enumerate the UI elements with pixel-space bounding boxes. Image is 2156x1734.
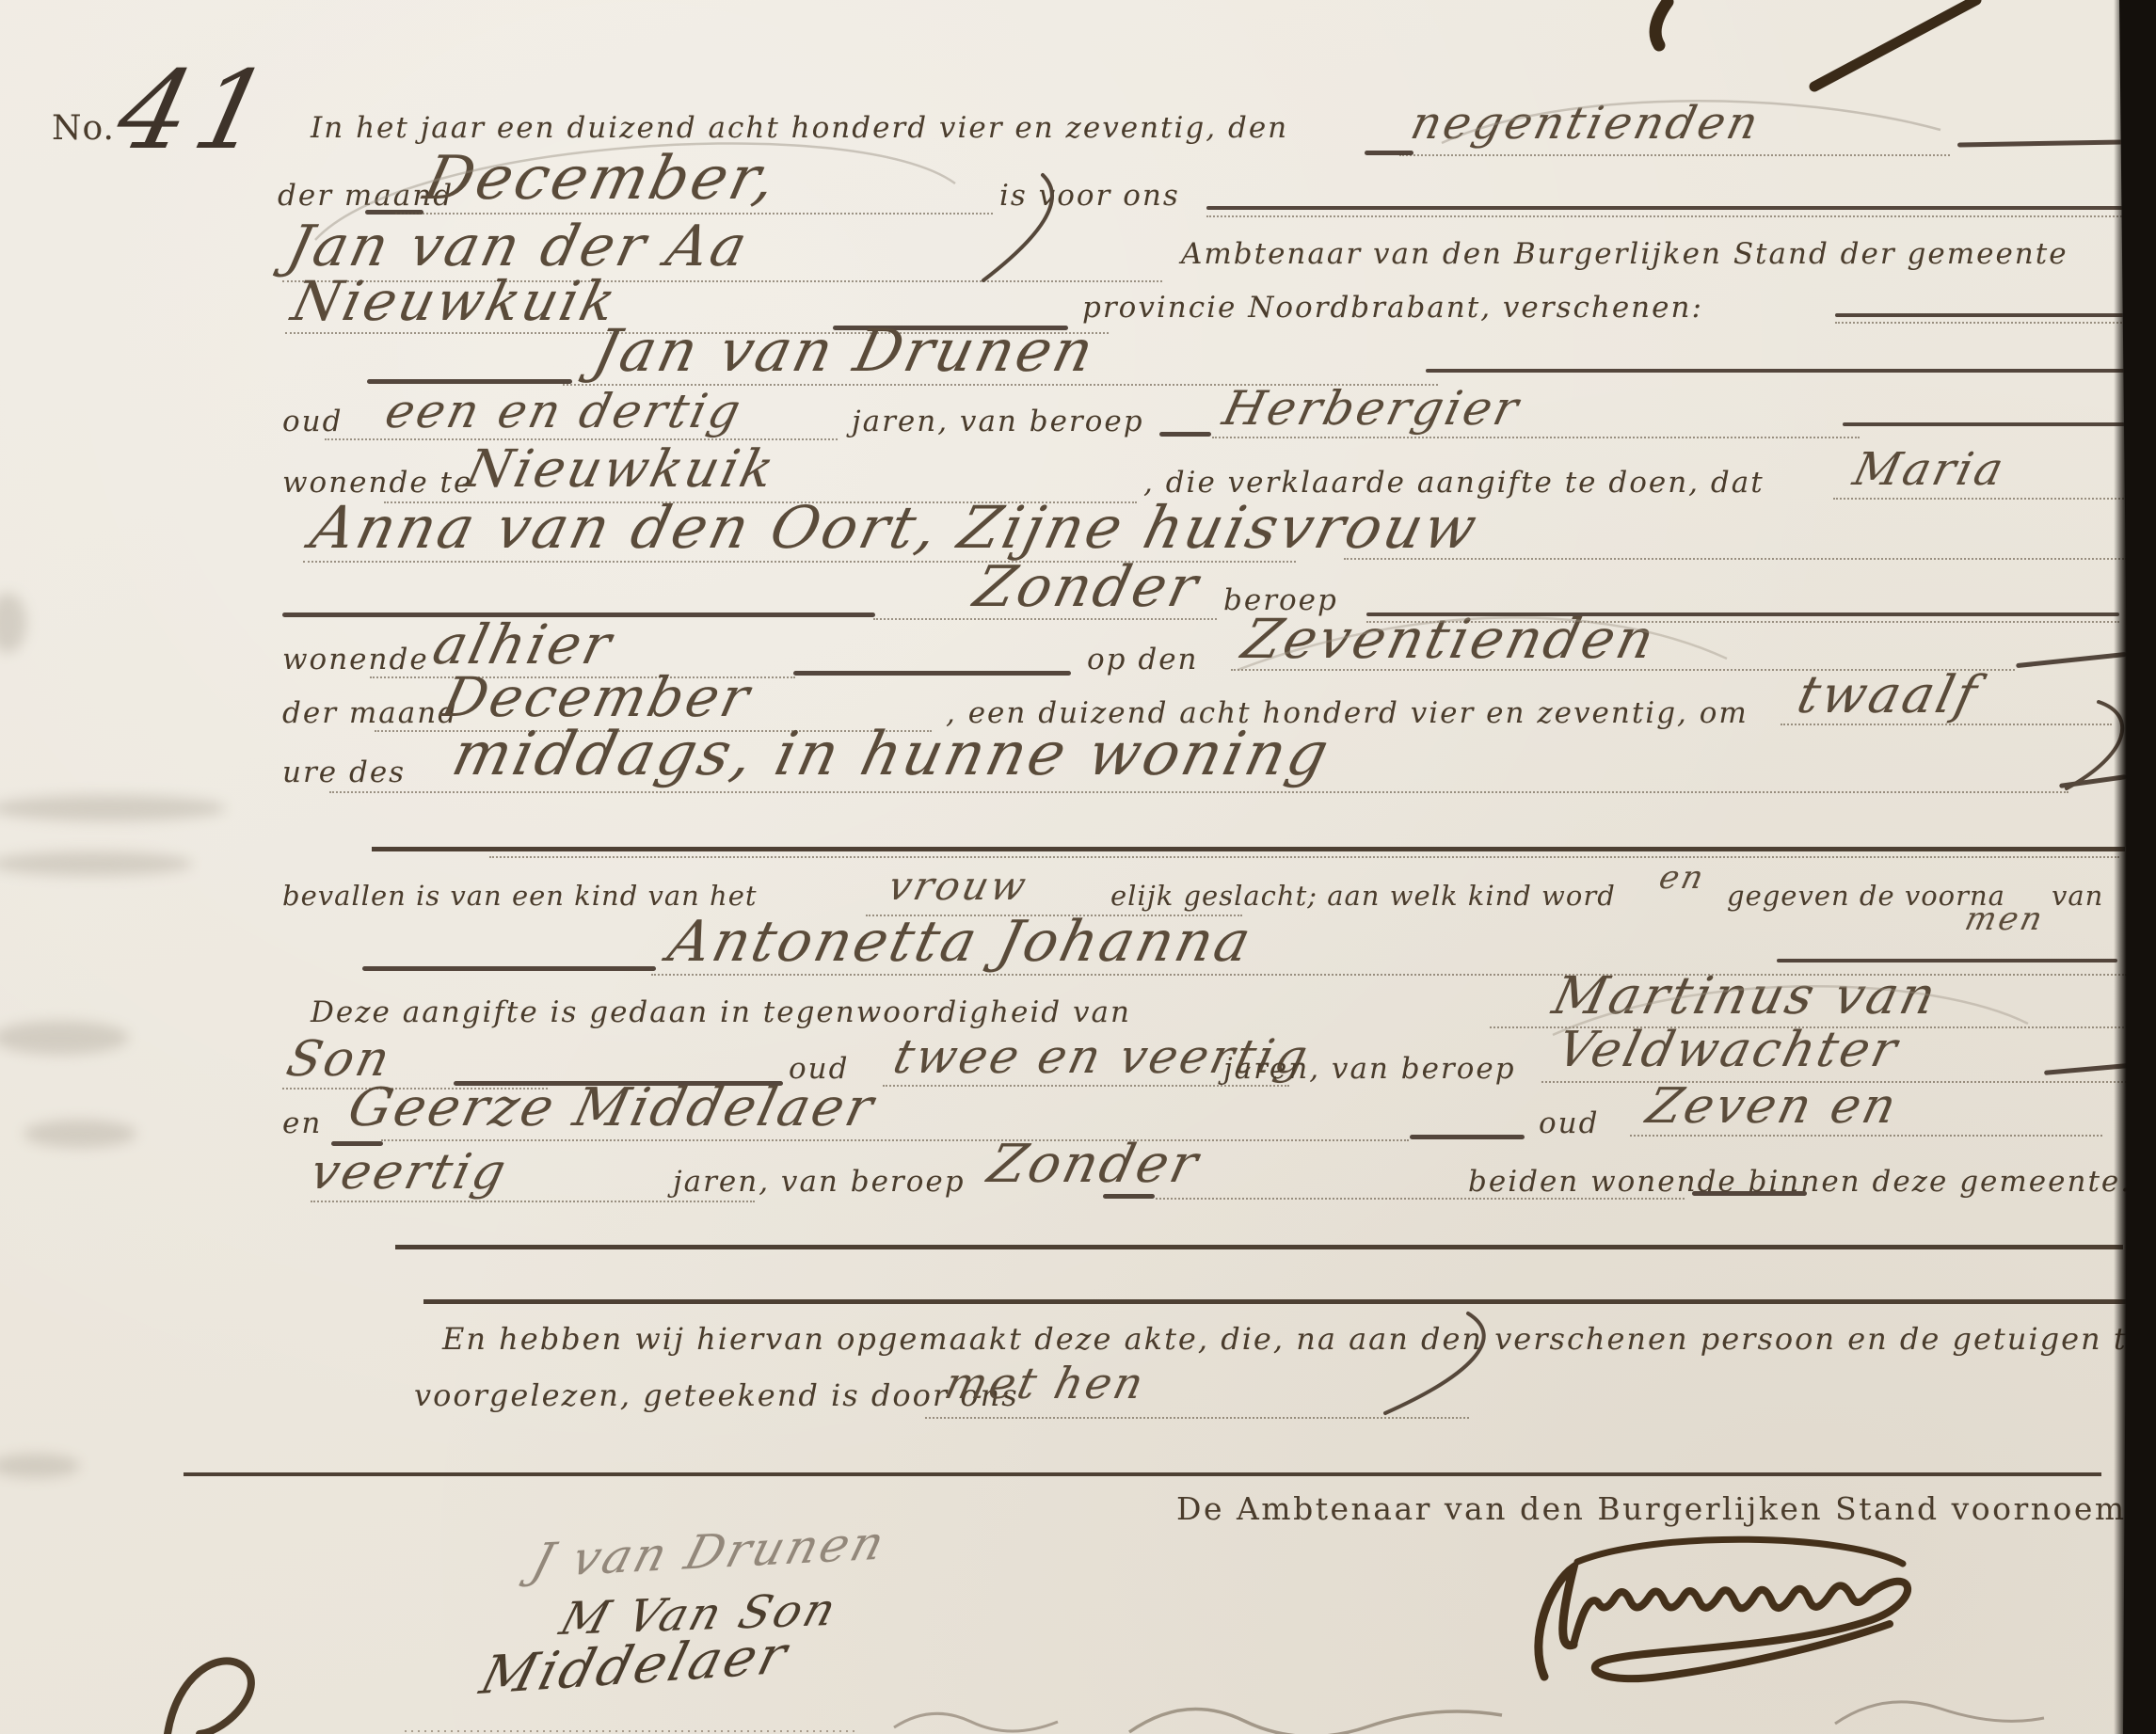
pencil-stroke [1238, 617, 1727, 670]
ink-stroke [1129, 1710, 1502, 1734]
officer-signature [1539, 1539, 1908, 1678]
scanned-birth-record: { "colors": { "paper": "#ece7dd", "print… [0, 0, 2156, 1734]
pencil-stroke [1442, 101, 1940, 143]
ink-stroke [1835, 1702, 2044, 1724]
scan-edge [2114, 0, 2156, 1734]
pencil-stroke [315, 143, 955, 240]
document-paper: No. 41 In het jaar een duizend acht hond… [0, 0, 2127, 1734]
ink-stroke [1655, 2, 1668, 45]
ink-decorations [0, 0, 2156, 1734]
ink-stroke [168, 1661, 251, 1734]
ink-flourish [1385, 1313, 1484, 1413]
ink-stroke [1814, 0, 1976, 87]
ink-flourish [983, 175, 1052, 280]
ink-stroke [894, 1713, 1058, 1731]
pencil-stroke [1553, 986, 2028, 1035]
